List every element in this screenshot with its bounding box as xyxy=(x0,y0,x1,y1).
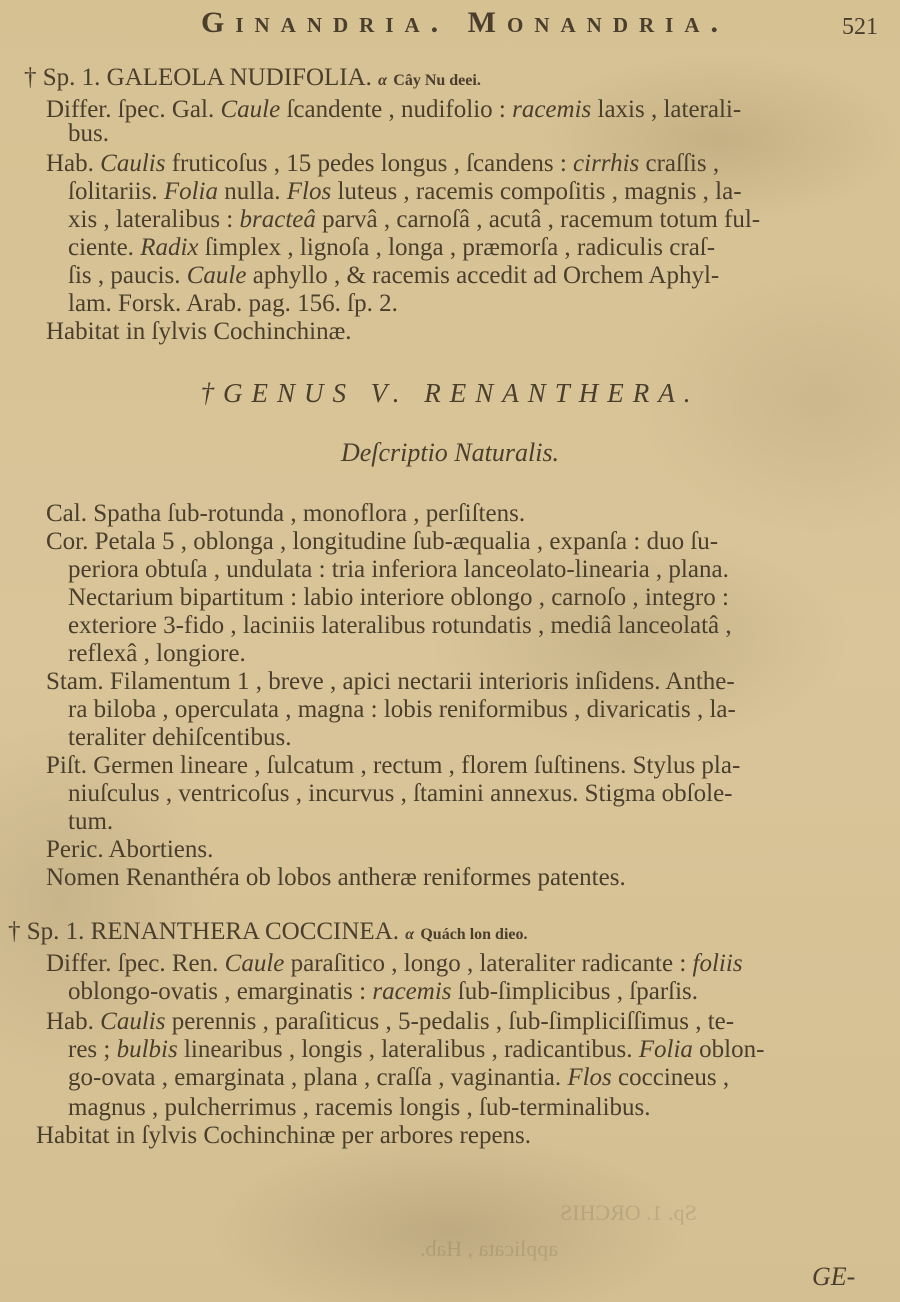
text: oblon- xyxy=(693,1036,765,1063)
stamen-line: teraliter dehiſcentibus. xyxy=(68,724,292,752)
description-subheading: Deſcriptio Naturalis. xyxy=(0,438,900,468)
italic-term: Folia xyxy=(164,178,218,205)
text: ſub-ſimplicibus , ſparſis. xyxy=(452,978,699,1005)
book-page: Sp. 1. ORCHIS applicata , Hab. Ginandria… xyxy=(0,0,900,1302)
text: Hab. xyxy=(46,1008,100,1035)
text: linearibus , longis , lateralibus , radi… xyxy=(178,1036,639,1063)
hab-line: lam. Forsk. Arab. pag. 156. ſp. 2. xyxy=(68,290,398,318)
text: ſis , paucis. xyxy=(68,262,187,289)
habitat-line: Habitat in ſylvis Cochinchinæ per arbore… xyxy=(36,1122,531,1150)
corolla-line: reflexâ , longiore. xyxy=(68,640,246,668)
corolla-line: Nectarium bipartitum : labio interiore o… xyxy=(68,584,729,612)
italic-term: Caule xyxy=(220,96,280,123)
pericarp-line: Peric. Abortiens. xyxy=(46,836,213,864)
italic-term: bracteâ xyxy=(240,206,316,233)
italic-term: racemis xyxy=(372,978,451,1005)
text: res ; xyxy=(68,1036,117,1063)
differ-line: bus. xyxy=(68,120,109,148)
text: ſimplex , lignoſa , longa , præmorſa , r… xyxy=(199,234,716,261)
hab-line: ciente. Radix ſimplex , lignoſa , longa … xyxy=(68,234,715,262)
species-heading: † Sp. 1. GALEOLA NUDIFOLIA. α Cây Nu dee… xyxy=(24,64,481,95)
italic-term: bulbis xyxy=(117,1036,178,1063)
text: coccineus , xyxy=(612,1064,729,1091)
text: fruticoſus , 15 pedes longus , ſcandens … xyxy=(165,150,573,177)
hab-line: res ; bulbis linearibus , longis , later… xyxy=(68,1036,764,1064)
text: paraſitico , longo , lateraliter radican… xyxy=(284,950,692,977)
text: oblongo-ovatis , emarginatis : xyxy=(68,978,372,1005)
differ-line: Differ. ſpec. Gal. Caule ſcandente , nud… xyxy=(46,96,741,124)
italic-term: Caule xyxy=(225,950,285,977)
hab-line: ſis , paucis. Caule aphyllo , & racemis … xyxy=(68,262,719,290)
calyx-line: Cal. Spatha ſub-rotunda , monoflora , pe… xyxy=(46,500,525,528)
text: craſſis , xyxy=(639,150,719,177)
corolla-line: exteriore 3-fido , laciniis lateralibus … xyxy=(68,612,732,640)
alpha-marker: α xyxy=(405,926,414,943)
italic-term: Caulis xyxy=(100,1008,165,1035)
text: perennis , paraſiticus , 5-pedalis , ſub… xyxy=(165,1008,734,1035)
text: parvâ , carnoſâ , acutâ , racemum totum … xyxy=(316,206,760,233)
alpha-marker: α xyxy=(378,72,387,89)
dagger-icon: † xyxy=(24,64,37,91)
pistil-line: niuſculus , ventricoſus , incurvus , ſta… xyxy=(68,780,733,808)
italic-term: cirrhis xyxy=(573,150,639,177)
text: Hab. xyxy=(46,150,100,177)
species-number: Sp. 1. xyxy=(43,64,101,91)
running-title: Ginandria. Monandria. xyxy=(185,6,745,40)
italic-term: foliis xyxy=(693,950,743,977)
text: ciente. xyxy=(68,234,140,261)
page-number: 521 xyxy=(842,14,878,41)
nomen-line: Nomen Renanthéra ob lobos antheræ renifo… xyxy=(46,864,626,892)
vernacular-name: Cây Nu deei. xyxy=(393,72,481,89)
hab-line: go-ovata , emarginata , plana , craſſa ,… xyxy=(68,1064,729,1092)
vernacular-name: Quách lon dieo. xyxy=(420,926,527,943)
species-number: Sp. 1. xyxy=(27,918,85,945)
hab-line: Hab. Caulis perennis , paraſiticus , 5-p… xyxy=(46,1008,734,1036)
species-title: GALEOLA NUDIFOLIA. xyxy=(107,64,372,91)
pistil-line: Piſt. Germen lineare , ſulcatum , rectum… xyxy=(46,752,740,780)
italic-term: Folia xyxy=(639,1036,693,1063)
habitat-line: Habitat in ſylvis Cochinchinæ. xyxy=(46,318,352,346)
stamen-line: ra biloba , operculata , magna : lobis r… xyxy=(68,696,736,724)
stamen-line: Stam. Filamentum 1 , breve , apici necta… xyxy=(46,668,735,696)
hab-line: Hab. Caulis fruticoſus , 15 pedes longus… xyxy=(46,150,719,178)
text: Differ. ſpec. Ren. xyxy=(46,950,225,977)
text: xis , lateralibus : xyxy=(68,206,240,233)
differ-line: oblongo-ovatis , emarginatis : racemis ſ… xyxy=(68,978,698,1006)
corolla-line: Cor. Petala 5 , oblonga , longitudine ſu… xyxy=(46,528,718,556)
show-through-text: applicata , Hab. xyxy=(420,1236,558,1262)
italic-term: Caule xyxy=(187,262,247,289)
hab-line: ſolitariis. Folia nulla. Flos luteus , r… xyxy=(68,178,742,206)
italic-term: Flos xyxy=(287,178,331,205)
species-heading: † Sp. 1. RENANTHERA COCCINEA. α Quách lo… xyxy=(8,918,528,949)
italic-term: Radix xyxy=(140,234,198,261)
hab-line: magnus , pulcherrimus , racemis longis ,… xyxy=(68,1094,651,1122)
italic-term: Flos xyxy=(567,1064,611,1091)
text: ſolitariis. xyxy=(68,178,164,205)
differ-line: Differ. ſpec. Ren. Caule paraſitico , lo… xyxy=(46,950,743,978)
text: go-ovata , emarginata , plana , craſſa ,… xyxy=(68,1064,567,1091)
catchword: GE- xyxy=(812,1262,855,1292)
pistil-line: tum. xyxy=(68,808,113,836)
text: ſcandente , nudifolio : xyxy=(280,96,512,123)
genus-heading: †GENUS V. RENANTHERA. xyxy=(0,378,900,409)
text: Differ. ſpec. Gal. xyxy=(46,96,220,123)
text: aphyllo , & racemis accedit ad Orchem Ap… xyxy=(246,262,719,289)
dagger-icon: † xyxy=(8,918,21,945)
corolla-line: periora obtuſa , undulata : tria inferio… xyxy=(68,556,729,584)
hab-line: xis , lateralibus : bracteâ parvâ , carn… xyxy=(68,206,760,234)
text: luteus , racemis compoſitis , magnis , l… xyxy=(331,178,741,205)
text: nulla. xyxy=(218,178,287,205)
italic-term: Caulis xyxy=(100,150,165,177)
species-title: RENANTHERA COCCINEA. xyxy=(91,918,399,945)
italic-term: racemis xyxy=(512,96,591,123)
text: laxis , laterali- xyxy=(591,96,741,123)
show-through-text: Sp. 1. ORCHIS xyxy=(560,1200,697,1226)
